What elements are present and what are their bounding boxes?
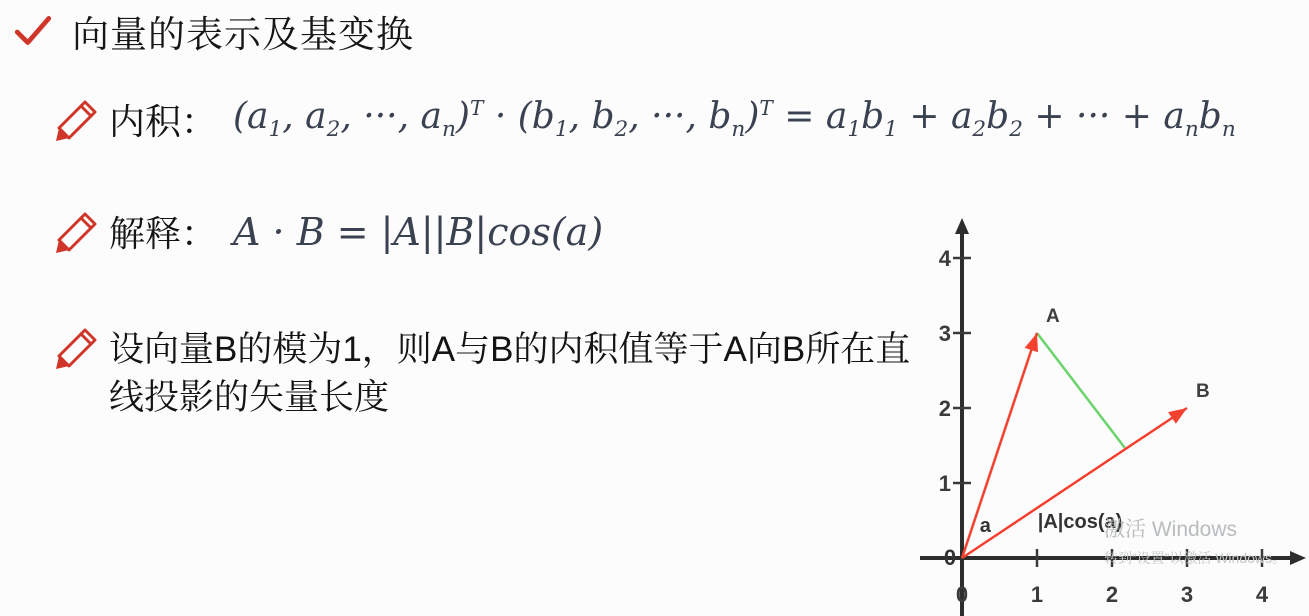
bullet-interpretation: 解释： A · B = |A||B|cos(a) (55, 206, 603, 257)
vector-B-line (962, 408, 1187, 558)
bullet-inner-product-label: 内积： (109, 94, 217, 145)
origin-label: 0 (944, 545, 956, 570)
vector-B-arrowhead (1168, 408, 1187, 424)
y-tick-label-4: 4 (939, 246, 952, 271)
pencil-icon (55, 98, 99, 142)
x-tick-label-2: 2 (1106, 582, 1118, 607)
bullet-inner-product: 内积： (a1, a2, ···, an)T · (b1, b2, ···, b… (55, 94, 1236, 145)
lecture-slide: { "title": { "text": "向量的表示及基变换" }, "bul… (0, 0, 1309, 616)
vector-label-A: A (1046, 306, 1060, 327)
vector-label-B: B (1196, 381, 1210, 402)
cosine-formula: A · B = |A||B|cos(a) (233, 210, 603, 254)
angle-label: a (980, 515, 992, 537)
pencil-icon (55, 326, 99, 370)
vector-A-arrowhead (1025, 333, 1038, 352)
projection-length-label: |A|cos(a) (1038, 511, 1123, 533)
x-tick-label-4: 4 (1256, 582, 1269, 607)
x-tick-label-1: 1 (1031, 582, 1043, 607)
checkmark-icon (12, 12, 54, 50)
x-tick-label-3: 3 (1181, 582, 1193, 607)
slide-title-row: 向量的表示及基变换 (12, 4, 414, 58)
y-tick-label-2: 2 (939, 396, 951, 421)
projection-of-A-onto-B (1037, 333, 1125, 448)
y-axis-arrowhead (955, 218, 969, 234)
y-tick-label-1: 1 (939, 471, 951, 496)
x-tick-label-0: 0 (956, 582, 968, 607)
inner-product-formula: (a1, a2, ···, an)T · (b1, b2, ···, bn)T … (233, 96, 1236, 142)
vector-A-line (962, 333, 1037, 558)
vector-projection-chart-svg: 012341234AB0a|A|cos(a) (895, 210, 1309, 616)
bullet-projection-statement: 设向量B的模为1，则A与B的内积值等于A向B所在直线投影的矢量长度 (55, 326, 914, 422)
bullet-interpretation-label: 解释： (109, 206, 217, 257)
vector-projection-chart: 012341234AB0a|A|cos(a) (895, 210, 1309, 616)
page-title: 向量的表示及基变换 (72, 4, 414, 58)
x-axis-arrowhead (1290, 551, 1306, 565)
projection-statement-text: 设向量B的模为1，则A与B的内积值等于A向B所在直线投影的矢量长度 (109, 326, 914, 422)
y-tick-label-3: 3 (939, 321, 951, 346)
pencil-icon (55, 210, 99, 254)
